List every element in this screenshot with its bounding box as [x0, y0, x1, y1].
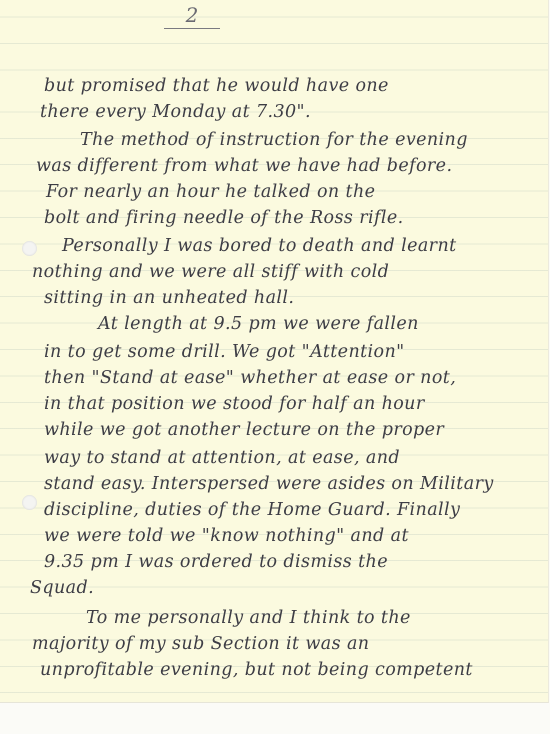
text-line: Squad. — [30, 578, 94, 598]
page-number: 2 — [164, 6, 220, 29]
text-line: At length at 9.5 pm we were fallen — [98, 314, 419, 334]
text-line: there every Monday at 7.30". — [40, 102, 311, 122]
text-line: Personally I was bored to death and lear… — [62, 236, 457, 256]
text-line: in to get some drill. We got "Attention" — [44, 342, 405, 362]
text-line: unprofitable evening, but not being comp… — [40, 660, 473, 680]
text-line: majority of my sub Section it was an — [32, 634, 369, 654]
text-line: 9.35 pm I was ordered to dismiss the — [44, 552, 388, 572]
text-line: bolt and firing needle of the Ross rifle… — [44, 208, 404, 228]
text-line: but promised that he would have one — [44, 76, 389, 96]
text-line: in that position we stood for half an ho… — [44, 394, 425, 414]
text-line: stand easy. Interspersed were asides on … — [44, 474, 494, 494]
text-line: was different from what we have had befo… — [36, 156, 452, 176]
text-line: then "Stand at ease" whether at ease or … — [44, 368, 456, 388]
text-line: we were told we "know nothing" and at — [44, 526, 409, 546]
text-line: while we got another lecture on the prop… — [44, 420, 444, 440]
text-line: The method of instruction for the evenin… — [80, 130, 468, 150]
text-line: discipline, duties of the Home Guard. Fi… — [44, 500, 460, 520]
text-line: sitting in an unheated hall. — [44, 288, 294, 308]
text-line: For nearly an hour he talked on the — [46, 182, 375, 202]
binder-hole — [22, 241, 37, 256]
binder-hole — [22, 495, 37, 510]
text-line: way to stand at attention, at ease, and — [44, 448, 400, 468]
text-line: To me personally and I think to the — [86, 608, 411, 628]
text-line: nothing and we were all stiff with cold — [32, 262, 389, 282]
notebook-page: 2 but promised that he would have one th… — [0, 0, 549, 703]
